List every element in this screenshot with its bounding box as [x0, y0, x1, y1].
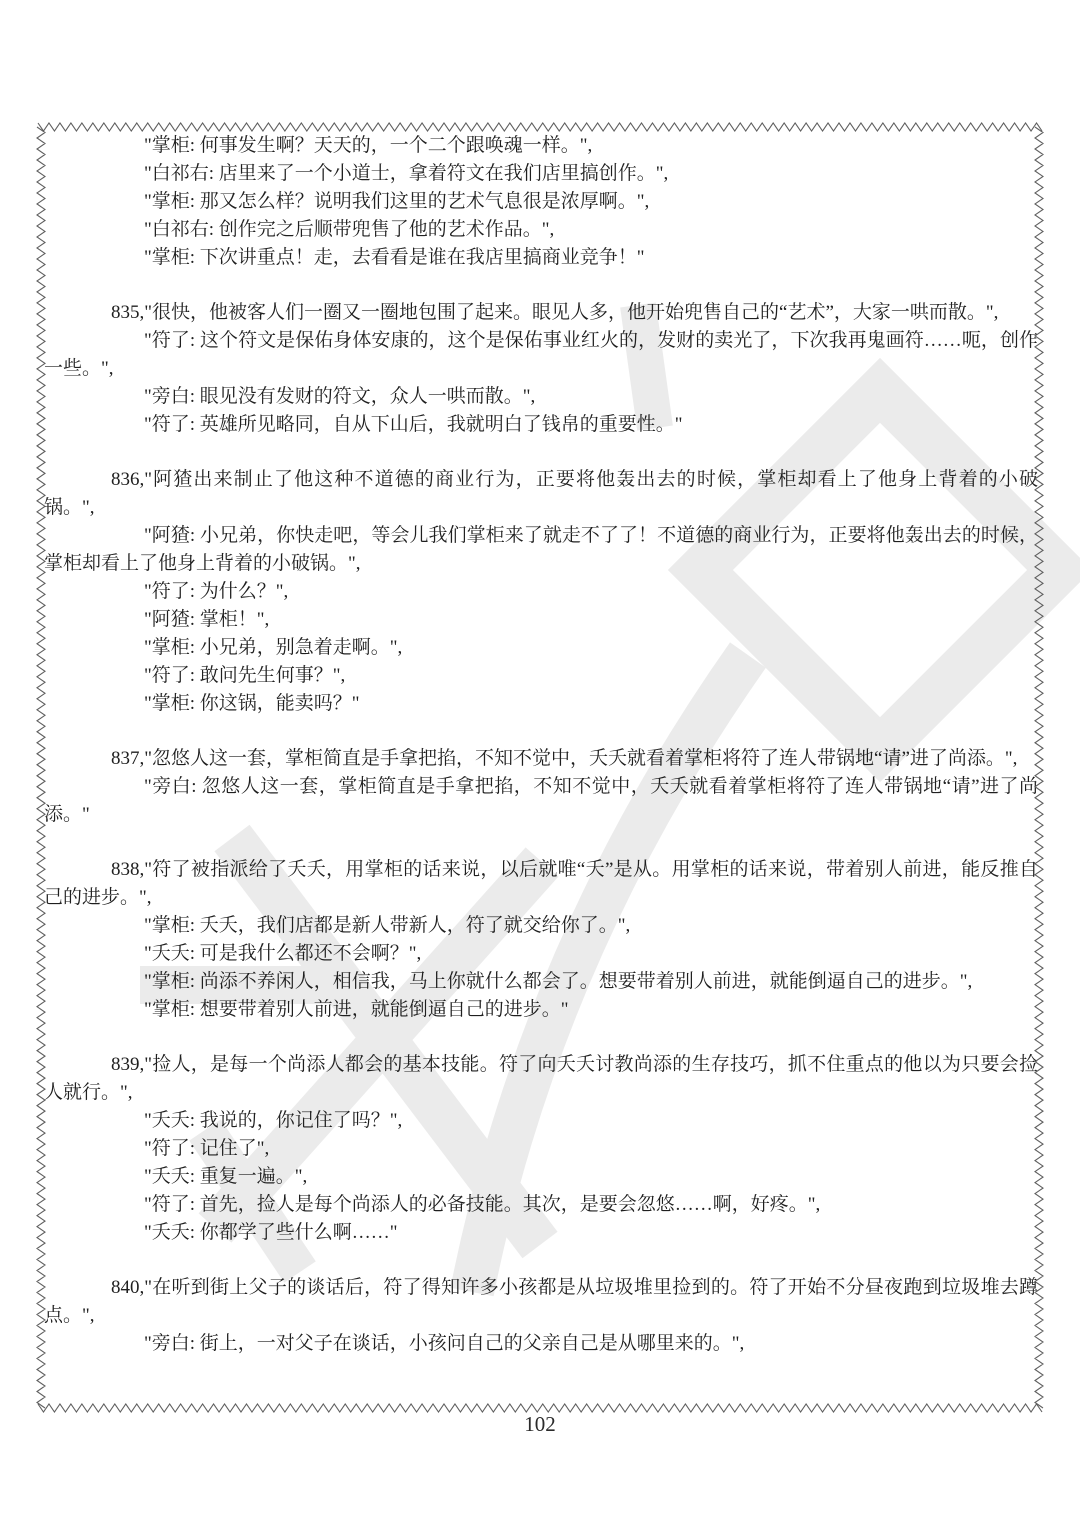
dialogue-line: "掌柜: 尚添不养闲人，相信我，马上你就什么都会了。想要带着别人前进，就能倒逼自… — [44, 968, 1038, 996]
dialogue-line: "阿猹: 小兄弟，你快走吧，等会儿我们掌柜来了就走不了了！不道德的商业行为，正要… — [44, 522, 1038, 578]
entry-paragraph: 837,"忽悠人这一套，掌柜简直是手拿把掐，不知不觉中，夭夭就看着掌柜将符了连人… — [44, 745, 1038, 773]
zigzag-edge — [38, 1404, 1042, 1412]
dialogue-line: "阿猹: 掌柜！", — [44, 606, 1038, 634]
script-block: 835,"很快，他被客人们一圈又一圈地包围了起来。眼见人多，他开始兜售自己的“艺… — [44, 299, 1038, 439]
zigzag-edge — [38, 123, 1042, 131]
entry-paragraph: 840,"在听到街上父子的谈话后，符了得知许多小孩都是从垃圾堆里捡到的。符了开始… — [44, 1274, 1038, 1330]
script-block: "掌柜: 何事发生啊？天天的，一个二个跟唤魂一样。","白祁右: 店里来了一个小… — [44, 132, 1038, 272]
dialogue-line: "旁白: 街上，一对父子在谈话，小孩问自己的父亲自己是从哪里来的。", — [44, 1330, 1038, 1358]
script-block: 838,"符了被指派给了夭夭，用掌柜的话来说，以后就唯“夭”是从。用掌柜的话来说… — [44, 856, 1038, 1024]
dialogue-line: "旁白: 忽悠人这一套，掌柜简直是手拿把掐，不知不觉中，夭夭就看着掌柜将符了连人… — [44, 773, 1038, 829]
dialogue-line: "掌柜: 想要带着别人前进，就能倒逼自己的进步。" — [44, 996, 1038, 1024]
dialogue-line: "夭夭: 重复一遍。", — [44, 1163, 1038, 1191]
dialogue-line: "符了: 敢问先生何事？", — [44, 662, 1038, 690]
script-block: 836,"阿猹出来制止了他这种不道德的商业行为，正要将他轰出去的时候，掌柜却看上… — [44, 466, 1038, 718]
dialogue-line: "符了: 记住了", — [44, 1135, 1038, 1163]
dialogue-line: "夭夭: 你都学了些什么啊……" — [44, 1219, 1038, 1247]
dialogue-line: "白祁右: 创作完之后顺带兜售了他的艺术作品。", — [44, 216, 1038, 244]
entry-paragraph: 835,"很快，他被客人们一圈又一圈地包围了起来。眼见人多，他开始兜售自己的“艺… — [44, 299, 1038, 327]
dialogue-line: "夭夭: 我说的，你记住了吗？", — [44, 1107, 1038, 1135]
script-block: 840,"在听到街上父子的谈话后，符了得知许多小孩都是从垃圾堆里捡到的。符了开始… — [44, 1274, 1038, 1358]
dialogue-line: "掌柜: 小兄弟，别急着走啊。", — [44, 634, 1038, 662]
dialogue-line: "白祁右: 店里来了一个小道士，拿着符文在我们店里搞创作。", — [44, 160, 1038, 188]
dialogue-line: "掌柜: 那又怎么样？说明我们这里的艺术气息很是浓厚啊。", — [44, 188, 1038, 216]
dialogue-line: "符了: 首先，捡人是每个尚添人的必备技能。其次，是要会忽悠……啊，好疼。", — [44, 1191, 1038, 1219]
dialogue-line: "符了: 为什么？", — [44, 578, 1038, 606]
dialogue-line: "掌柜: 何事发生啊？天天的，一个二个跟唤魂一样。", — [44, 132, 1038, 160]
entry-paragraph: 838,"符了被指派给了夭夭，用掌柜的话来说，以后就唯“夭”是从。用掌柜的话来说… — [44, 856, 1038, 912]
page-number: 102 — [0, 1412, 1080, 1437]
dialogue-line: "掌柜: 夭夭，我们店都是新人带新人，符了就交给你了。", — [44, 912, 1038, 940]
dialogue-line: "掌柜: 下次讲重点！走，去看看是谁在我店里搞商业竞争！" — [44, 244, 1038, 272]
document-page: "掌柜: 何事发生啊？天天的，一个二个跟唤魂一样。","白祁右: 店里来了一个小… — [0, 0, 1080, 1528]
dialogue-line: "符了: 英雄所见略同，自从下山后，我就明白了钱帛的重要性。" — [44, 411, 1038, 439]
dialogue-line: "旁白: 眼见没有发财的符文，众人一哄而散。", — [44, 383, 1038, 411]
script-text: "掌柜: 何事发生啊？天天的，一个二个跟唤魂一样。","白祁右: 店里来了一个小… — [38, 132, 1038, 1358]
script-block: 837,"忽悠人这一套，掌柜简直是手拿把掐，不知不觉中，夭夭就看着掌柜将符了连人… — [44, 745, 1038, 829]
script-block: 839,"捡人，是每一个尚添人都会的基本技能。符了向夭夭讨教尚添的生存技巧，抓不… — [44, 1051, 1038, 1247]
dialogue-line: "夭夭: 可是我什么都还不会啊？", — [44, 940, 1038, 968]
entry-paragraph: 836,"阿猹出来制止了他这种不道德的商业行为，正要将他轰出去的时候，掌柜却看上… — [44, 466, 1038, 522]
dialogue-line: "掌柜: 你这锅，能卖吗？" — [44, 690, 1038, 718]
dialogue-line: "符了: 这个符文是保佑身体安康的，这个是保佑事业红火的，发财的卖光了，下次我再… — [44, 327, 1038, 383]
entry-paragraph: 839,"捡人，是每一个尚添人都会的基本技能。符了向夭夭讨教尚添的生存技巧，抓不… — [44, 1051, 1038, 1107]
